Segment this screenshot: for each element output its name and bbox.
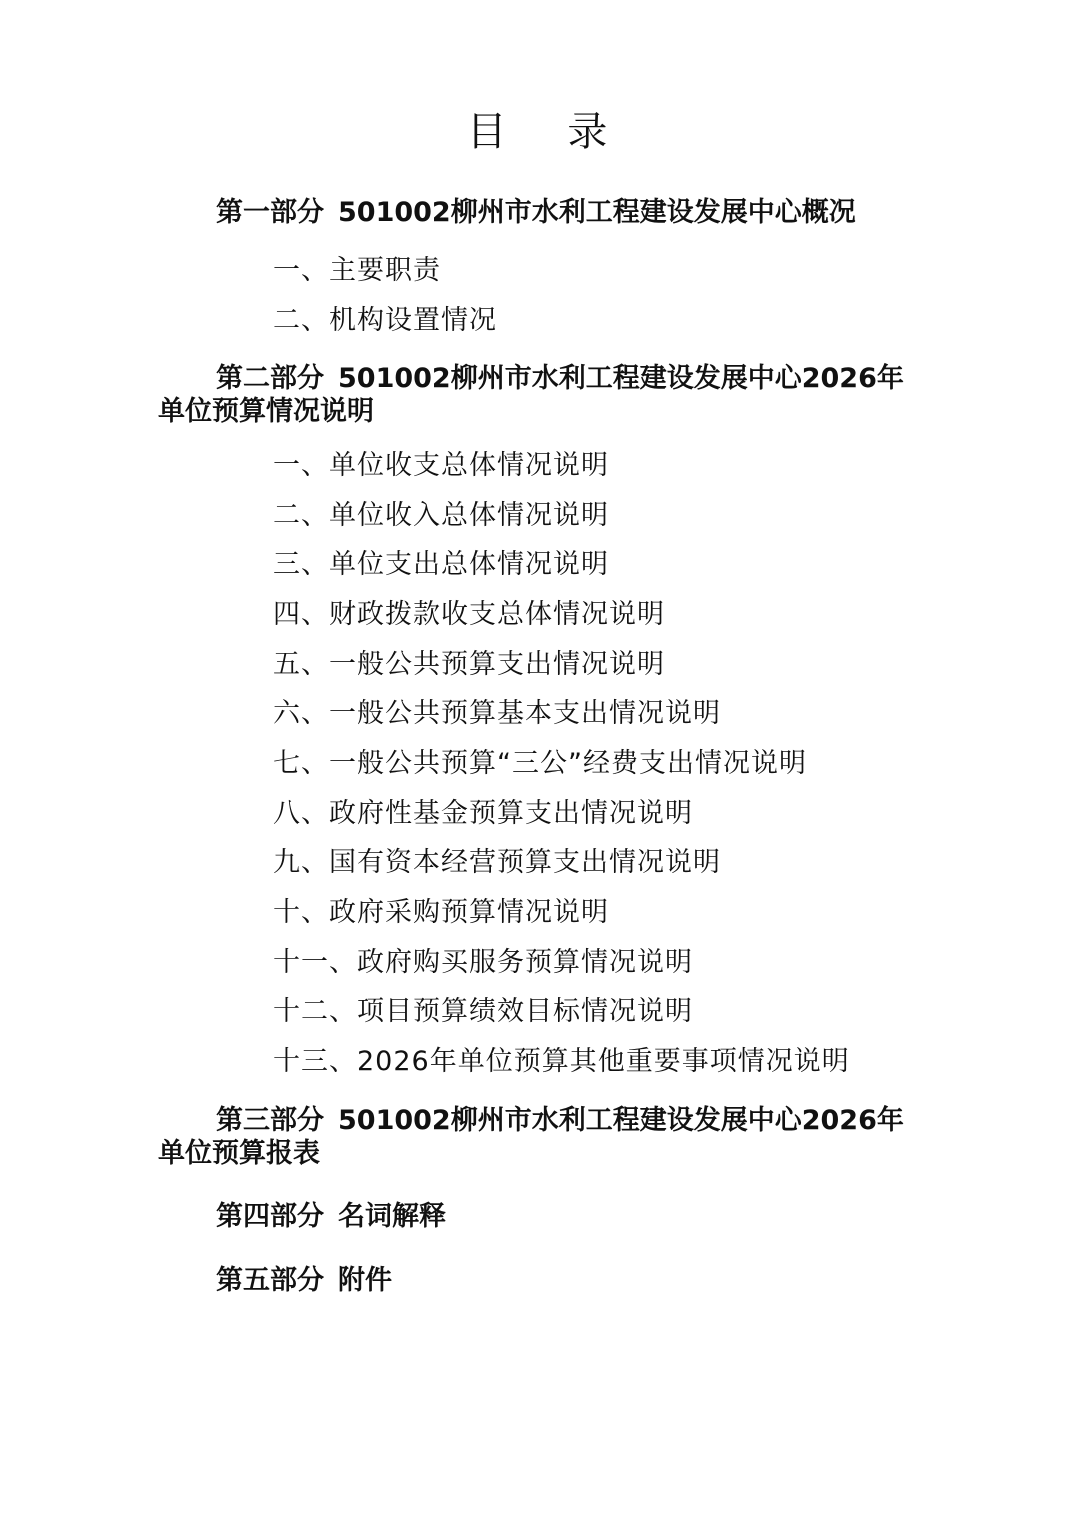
toc-part-3[interactable]: 第三部分501002柳州市水利工程建设发展中心2026年单位预算报表: [158, 1104, 928, 1170]
part-prefix: 第三部分: [216, 1105, 324, 1136]
toc-item[interactable]: 五、一般公共预算支出情况说明: [273, 648, 665, 682]
toc-item[interactable]: 六、一般公共预算基本支出情况说明: [273, 697, 721, 731]
toc-part-1[interactable]: 第一部分501002柳州市水利工程建设发展中心概况: [158, 196, 928, 229]
toc-item[interactable]: 十一、政府购买服务预算情况说明: [273, 946, 693, 980]
page-title: 目 录: [0, 106, 1074, 158]
toc-part-5[interactable]: 第五部分附件: [158, 1264, 928, 1297]
part-text: 附件: [338, 1265, 392, 1296]
part-prefix: 第一部分: [216, 197, 324, 228]
toc-item[interactable]: 九、国有资本经营预算支出情况说明: [273, 846, 721, 880]
toc-item[interactable]: 七、一般公共预算“三公”经费支出情况说明: [273, 747, 807, 781]
part-text: 名词解释: [338, 1201, 446, 1232]
toc-item[interactable]: 十二、项目预算绩效目标情况说明: [273, 995, 693, 1029]
part-prefix: 第五部分: [216, 1265, 324, 1296]
toc-item[interactable]: 三、单位支出总体情况说明: [273, 548, 609, 582]
toc-item[interactable]: 二、机构设置情况: [273, 304, 497, 338]
toc-part-2[interactable]: 第二部分501002柳州市水利工程建设发展中心2026年单位预算情况说明: [158, 362, 928, 428]
toc-item[interactable]: 一、主要职责: [273, 254, 441, 288]
toc-part-4[interactable]: 第四部分名词解释: [158, 1200, 928, 1233]
part-prefix: 第二部分: [216, 363, 324, 394]
toc-item[interactable]: 一、单位收支总体情况说明: [273, 449, 609, 483]
toc-item[interactable]: 八、政府性基金预算支出情况说明: [273, 797, 693, 831]
toc-item[interactable]: 十三、2026年单位预算其他重要事项情况说明: [273, 1045, 850, 1079]
part-text: 501002柳州市水利工程建设发展中心概况: [338, 197, 856, 228]
toc-item[interactable]: 四、财政拨款收支总体情况说明: [273, 598, 665, 632]
part-prefix: 第四部分: [216, 1201, 324, 1232]
toc-item[interactable]: 二、单位收入总体情况说明: [273, 499, 609, 533]
toc-item[interactable]: 十、政府采购预算情况说明: [273, 896, 609, 930]
